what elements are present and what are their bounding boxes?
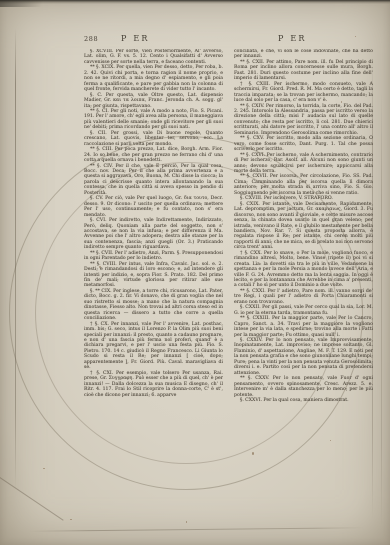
- page-number: 288: [84, 35, 98, 43]
- entry-paragraph: §. ** CIX. Per inglese, a torre chi, ric…: [84, 289, 223, 322]
- entry-paragraph: ** §. CXVII. Per iscorsa, Per circolazio…: [234, 174, 373, 196]
- text-column-right: conciliata, e che, vi son le cose indovi…: [234, 49, 373, 441]
- entry-paragraph: † §. CXX. Per lo snave, o Per la mole, v…: [234, 251, 373, 289]
- entry-paragraph: conciliata, e che, vi son le cose indovi…: [234, 49, 373, 60]
- book-page-scan: 288 P ER P ER §. XCVIII. Per sorte, vien…: [0, 0, 390, 545]
- paper-speck: [186, 521, 187, 523]
- page-corner-crease: [0, 476, 64, 520]
- entry-paragraph: ** §. CI. Per gli noti, vale A modo a no…: [84, 109, 223, 131]
- page-left-crease: [15, 28, 16, 490]
- entry-paragraph: ** §. CXV. Per iscritto, modo alla sezio…: [234, 136, 373, 152]
- entry-paragraph: ** §. CXVI. Per ischerno, vale A scherni…: [234, 153, 373, 175]
- entry-paragraph: ** §. CVII. Per l' adietro, Anzi, Parm. …: [84, 251, 223, 262]
- paper-speck: [252, 452, 254, 455]
- entry-paragraph: † §. CX. Per innanzi, vale Per l' avveni…: [84, 322, 223, 371]
- paper-speck: [43, 468, 45, 469]
- entry-paragraph: §. C. Per questa, vale Oltre questo, Lat…: [84, 93, 223, 109]
- entry-paragraph: §. CXXVI. Per la qual cosa, maniera dimo…: [234, 398, 373, 403]
- entry-paragraph: ** §. CXXV. Per lo non pensato, vale Fuo…: [234, 376, 373, 398]
- entry-paragraph: §. XCVIII. Per sorte, vien Posteriorment…: [84, 49, 223, 65]
- entry-paragraph: † §. CXIII. Per ischermo, modo consueto,…: [234, 82, 373, 104]
- entry-paragraph: ** §. CIV. Per il che, vale E perciò, Pe…: [84, 164, 223, 197]
- entry-paragraph: ** §. XCIX. Per quella, vien Per desso, …: [84, 65, 223, 92]
- paper-speck: [70, 519, 72, 520]
- entry-paragraph: §. CII. Per grossi, vale Di buone regole…: [84, 131, 223, 147]
- entry-paragraph: ** §. CXIV. Per rimorso, la torrida, la …: [234, 104, 373, 137]
- page-top-corner-shadow: [0, 0, 60, 7]
- entry-paragraph: ** §. CVIII. Per intus, vale Infra, Cava…: [84, 262, 223, 289]
- entry-paragraph: † §. CXI. Per esempio, vale tolsero Per …: [84, 371, 223, 398]
- entry-paragraph: §. CVI. Per indiretto, vale Indirettamen…: [84, 218, 223, 251]
- entry-paragraph: §. CXXII. Per gli passi, vale Per cerco …: [234, 305, 373, 316]
- text-column-left: §. XCVIII. Per sorte, vien Posteriorment…: [84, 49, 223, 441]
- entry-paragraph: ** §. CXXI. Per l' adietro, Pare nom. il…: [234, 289, 373, 305]
- entry-paragraph: §. CXXIV. Per lo non pensato, vale Impro…: [234, 338, 373, 376]
- page-right-edge-outer: [381, 90, 382, 530]
- entry-paragraph: §. CXIX. Per istante, vale Decisamente, …: [234, 202, 373, 251]
- entry-paragraph: §. CV. Per ciò, vale Per quel luogo, Gr.…: [84, 196, 223, 218]
- page-bottom-edge: [28, 527, 364, 532]
- entry-paragraph: ** §. CXXIII. Per la maggior parte, vale…: [234, 316, 373, 338]
- running-head-right: P ER: [278, 34, 307, 43]
- running-head-left: P ER: [121, 34, 150, 43]
- entry-paragraph: ** §. CXII. Per attimo, Pare nom. ill. f…: [234, 60, 373, 82]
- entry-paragraph: ** §. CIII. Per poca prezzo, Lat. dice, …: [84, 147, 223, 163]
- paper-speck: [355, 36, 356, 37]
